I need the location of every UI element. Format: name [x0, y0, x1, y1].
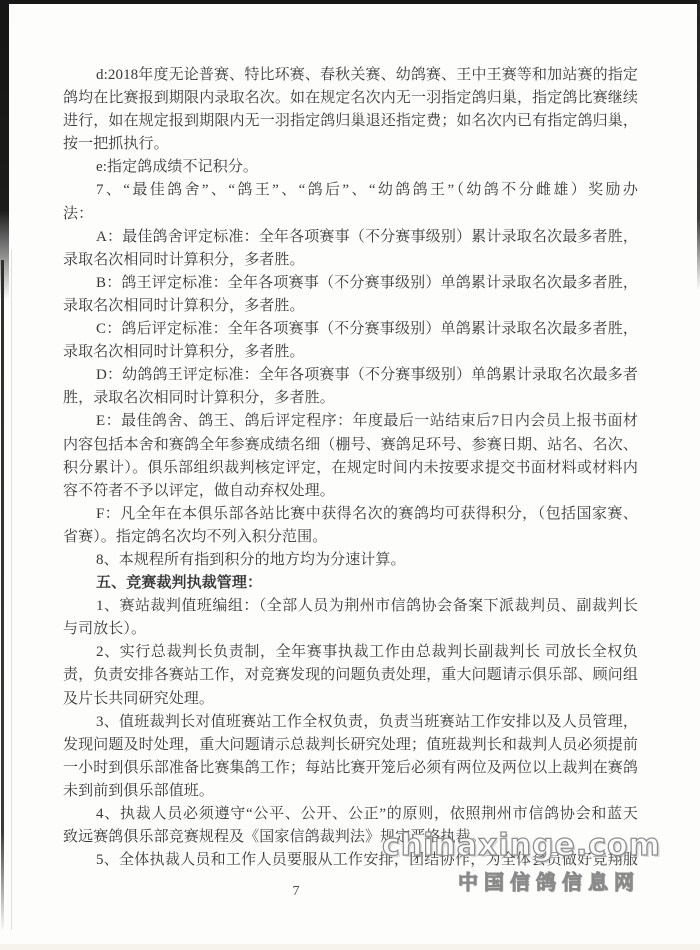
text-line: 未到前到俱乐部值班。 — [63, 780, 638, 803]
text-line: B：鸽王评定标准：全年各项赛事（不分赛事级别）单鸽累计录取名次最多者胜， — [63, 272, 638, 295]
text-line: 8、本规程所有指到积分的地方均为分速计算。 — [63, 549, 638, 572]
scan-edge-bottom — [0, 944, 700, 950]
text-line: 录取名次相同时计算积分，多者胜。 — [63, 341, 638, 364]
text-line: 法： — [63, 203, 638, 226]
text-line: D：幼鸽鸽王评定标准：全年各项赛事（不分赛事级别）单鸽累计录取名次最多者 — [63, 364, 638, 387]
scan-page-edge-line — [11, 250, 12, 930]
body-text: d:2018年度无论普赛、特比环赛、春秋关赛、幼鸽赛、王中王赛等和加站赛的指定鸽… — [63, 64, 638, 872]
text-line: 4、执裁人员必须遵守“公平、公开、公正”的原则，依照荆州市信鸽协会和蓝天 — [63, 803, 638, 826]
text-line: 胜，录取名次相同时计算积分，多者胜。 — [63, 387, 638, 410]
text-line: 鸽均在比赛报到期限内录取名次。如在规定名次内无一羽指定鸽归巢，指定鸽比赛继续 — [63, 87, 638, 110]
text-line: 责，负责安排各赛站工作，对竞赛发现的问题负责处理，重大问题请示俱乐部、顾问组 — [63, 664, 638, 687]
text-line: d:2018年度无论普赛、特比环赛、春秋关赛、幼鸽赛、王中王赛等和加站赛的指定 — [63, 64, 638, 87]
watermark-site-url: chinaxinge.com — [382, 828, 661, 863]
text-line: 省赛）。指定鸽名次均不列入积分范围。 — [63, 526, 638, 549]
text-line: 3、值班裁判长对值班赛站工作全权负责，负责当班赛站工作安排以及人员管理， — [63, 711, 638, 734]
text-line: C：鸽后评定标准：全年各项赛事（不分赛事级别）单鸽累计录取名次最多者胜， — [63, 318, 638, 341]
text-line: 积分累计）。俱乐部组织裁判核定评定，在规定时间内未按要求提交书面材料或材料内 — [63, 457, 638, 480]
text-line: F：凡全年在本俱乐部各站比赛中获得名次的赛鸽均可获得积分，（包括国家赛、 — [63, 503, 638, 526]
text-line: 录取名次相同时计算积分，多者胜。 — [63, 249, 638, 272]
scanned-document: { "page": { "background": "#fdfdfb", "te… — [0, 0, 700, 950]
page-number: 7 — [282, 884, 310, 900]
text-line: 按一把抓执行。 — [63, 133, 638, 156]
text-line: 五、竞赛裁判执裁管理： — [63, 572, 638, 595]
scan-edge-left-line — [1, 260, 4, 932]
text-line: 及片长共同研究处理。 — [63, 688, 638, 711]
text-line: 发现问题及时处理，重大问题请示总裁判长研究处理；值班裁判长和裁判人员必须提前 — [63, 734, 638, 757]
scan-edge-top — [0, 0, 700, 4]
text-line: 与司放长）。 — [63, 618, 638, 641]
text-line: 1、赛站裁判值班编组：（全部人员为荆州市信鸽协会备案下派裁判员、副裁判长 — [63, 595, 638, 618]
text-line: 7、“最佳鸽舍”、“鸽王”、“鸽后”、“幼鸽鸽王”（幼鸽不分雌雄）奖励办 — [63, 179, 638, 202]
text-line: e:指定鸽成绩不记积分。 — [63, 156, 638, 179]
text-line: A：最佳鸽舍评定标准：全年各项赛事（不分赛事级别）累计录取名次最多者胜， — [63, 226, 638, 249]
watermark-site-name: 中国信鸽信息网 — [458, 866, 640, 895]
text-line: 一小时到俱乐部准备比赛集鸽工作；每站比赛开笼后必须有两位及两位以上裁判在赛鸽 — [63, 757, 638, 780]
text-line: 2、实行总裁判长负责制，全年赛事执裁工作由总裁判长副裁判长 司放长全权负 — [63, 641, 638, 664]
scan-edge-left-band — [0, 0, 9, 300]
text-line: 容不符者不予以评定，做自动弃权处理。 — [63, 480, 638, 503]
text-line: 内容包括本舍和赛鸽全年参赛成绩名细（棚号、赛鸽足环号、参赛日期、站名、名次、 — [63, 434, 638, 457]
text-line: E：最佳鸽舍、鸽王、鸽后评定程序：年度最后一站结束后7日内会员上报书面材料 — [63, 410, 638, 433]
text-line: 录取名次相同时计算积分，多者胜。 — [63, 295, 638, 318]
text-line: 进行，如在规定报到期限内无一羽指定鸽归巢退还指定费；如名次内已有指定鸽归巢， — [63, 110, 638, 133]
